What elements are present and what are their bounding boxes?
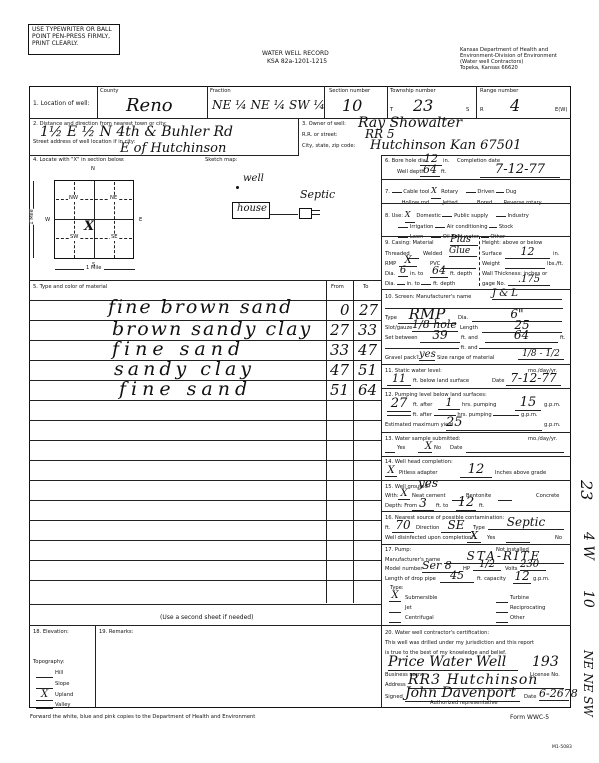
pump-label: 17. Pump: bbox=[385, 548, 411, 554]
margin-township: 23 bbox=[577, 480, 596, 500]
dug-label: Dug bbox=[506, 189, 517, 195]
sample-date-format: mo./day/yr. bbox=[528, 437, 557, 443]
centrifugal-label: Centrifugal bbox=[405, 616, 434, 622]
sample-no-check[interactable]: X bbox=[418, 441, 432, 453]
submersible-check[interactable]: X bbox=[389, 590, 401, 602]
weight-label: Weight bbox=[482, 262, 500, 268]
upland-label: Upland bbox=[55, 693, 73, 699]
west-label: W bbox=[45, 218, 50, 224]
from-row-5[interactable]: 51 bbox=[330, 381, 349, 399]
other-pump-label: Other bbox=[510, 616, 525, 622]
yield-label: Estimated maximum yield bbox=[385, 423, 453, 429]
topography-label: Topography: bbox=[33, 660, 65, 666]
pumping-gpm-label: g.p.m. bbox=[544, 403, 561, 409]
range-suffix: E(W) bbox=[555, 108, 567, 114]
disinfected-no-check[interactable] bbox=[506, 542, 530, 543]
stock-check[interactable] bbox=[489, 227, 497, 228]
submersible-label: Submersible bbox=[405, 596, 437, 602]
material-row-2[interactable]: brown sandy clay bbox=[112, 318, 312, 340]
cert-date-value[interactable]: 6-2678 bbox=[539, 687, 569, 701]
below-surface-label: ft. below land surface bbox=[413, 379, 469, 385]
elevation-label: 18. Elevation: bbox=[33, 630, 69, 636]
range-label: Range number bbox=[480, 89, 518, 95]
remarks-field[interactable] bbox=[97, 640, 379, 706]
welded-label: Welded bbox=[423, 252, 442, 258]
grout-ft: ft. bbox=[479, 504, 484, 510]
gravel-pack-value[interactable]: yes bbox=[419, 349, 435, 361]
hp-value[interactable]: 1/2 bbox=[473, 559, 501, 571]
range-prefix: R bbox=[480, 108, 484, 114]
margin-section: 10 bbox=[580, 590, 596, 608]
casing-dia-label: Dia. bbox=[385, 272, 395, 278]
distance-value[interactable]: 1½ E ½ N 4th & Buhler Rd bbox=[40, 124, 233, 140]
hill-check[interactable] bbox=[36, 677, 53, 678]
static-date-value[interactable]: 7-12-77 bbox=[506, 371, 561, 386]
sketch-well-label: well bbox=[243, 173, 264, 184]
city-label: City, state, zip code: bbox=[302, 144, 355, 150]
set-from-value[interactable]: 39 bbox=[420, 328, 460, 343]
to-row-1[interactable]: 27 bbox=[359, 301, 378, 319]
above-grade-label: Inches above grade bbox=[495, 471, 546, 477]
sample-date-field[interactable] bbox=[466, 452, 564, 453]
margin-note: 23 4 W 10 NE NE SW bbox=[572, 480, 596, 740]
to-row-4[interactable]: 51 bbox=[358, 361, 377, 379]
turbine-check[interactable] bbox=[496, 602, 508, 603]
township-label: Township number bbox=[390, 89, 436, 95]
rr-label: R.R. or street: bbox=[302, 133, 338, 139]
drop-pipe-label: Length of drop pipe bbox=[385, 577, 436, 583]
rmp-label: RMP bbox=[385, 262, 396, 268]
range-value[interactable]: 4 bbox=[510, 96, 520, 115]
instructions-box: USE TYPEWRITER OR BALL POINT PEN-PRESS F… bbox=[28, 24, 120, 55]
reciprocating-check[interactable] bbox=[496, 612, 508, 613]
slot-label: Slot/gauze bbox=[385, 326, 412, 332]
margin-range: 4 W bbox=[580, 532, 596, 560]
domestic-check[interactable]: X bbox=[405, 207, 415, 223]
casing-depth-value[interactable]: 64 bbox=[430, 264, 448, 278]
township-value[interactable]: 23 bbox=[413, 96, 433, 115]
sketch-map-label: Sketch map: bbox=[205, 158, 237, 164]
cable-tool-label: Cable tool bbox=[403, 189, 429, 195]
remarks-label: 19. Remarks: bbox=[99, 630, 133, 636]
drill-method-label: 7. bbox=[385, 189, 390, 195]
margin-fraction: NE NE SW bbox=[581, 650, 595, 717]
irrigation-label: Irrigation bbox=[410, 224, 434, 230]
certification-label: 20. Water well contractor's certificatio… bbox=[385, 631, 489, 637]
air-conditioning-check[interactable] bbox=[435, 227, 445, 228]
well-depth-unit: ft. bbox=[441, 170, 446, 176]
slope-label: Slope bbox=[55, 682, 69, 688]
neat-cement-check[interactable]: X bbox=[398, 488, 410, 500]
sample-date-label: Date bbox=[450, 446, 462, 452]
public-supply-check[interactable] bbox=[442, 216, 452, 217]
set-between-label: Set between bbox=[385, 336, 418, 342]
static-date-label: Date bbox=[492, 379, 504, 385]
lawn-check[interactable] bbox=[398, 237, 408, 238]
agency-block: Kansas Department of Health and Environm… bbox=[460, 48, 557, 72]
public-supply-label: Public supply bbox=[454, 213, 488, 219]
concrete-label: Concrete bbox=[536, 494, 559, 500]
other-pump-check[interactable] bbox=[496, 622, 508, 623]
contamination-ft-value[interactable]: 70 bbox=[392, 518, 414, 533]
stock-label: Stock bbox=[499, 224, 513, 230]
casing-dia2: Dia. in. to ft. depth bbox=[385, 282, 455, 288]
welded-value[interactable]: Glue bbox=[449, 246, 477, 257]
from-row-1[interactable]: 0 bbox=[340, 301, 350, 319]
direction-label: Direction bbox=[416, 526, 439, 532]
yield-value[interactable]: 25 bbox=[446, 415, 542, 431]
set-to-value[interactable]: 64 bbox=[485, 328, 558, 343]
instructions-line: PRINT CLEARLY. bbox=[32, 41, 116, 48]
cert-date-label: Date bbox=[524, 695, 536, 701]
driven-label: Driven bbox=[477, 189, 494, 195]
centrifugal-check[interactable] bbox=[389, 622, 401, 623]
gravel-pack-label: Gravel pack? bbox=[385, 356, 419, 362]
pumping-hrs-value[interactable]: 1 bbox=[438, 396, 460, 410]
form-title: WATER WELL RECORD bbox=[262, 51, 329, 58]
to-header: To bbox=[363, 285, 368, 291]
quadrant-ne: NE bbox=[109, 196, 118, 202]
casing-to-label: in. to bbox=[410, 272, 423, 278]
location-x-mark: X bbox=[84, 219, 94, 234]
signed-label: Signed bbox=[385, 695, 403, 701]
mile-label-vertical: 1 Mile bbox=[30, 209, 36, 225]
material-row-1[interactable]: fine brown sand bbox=[108, 296, 293, 318]
north-label: N bbox=[91, 167, 95, 173]
pumping-hrs-label: hrs. pumping bbox=[462, 403, 496, 409]
to-row-5[interactable]: 64 bbox=[358, 381, 377, 399]
screen-label: 10. Screen: Manufacturer's name bbox=[385, 295, 471, 301]
rotary-label: Rotary bbox=[441, 189, 458, 195]
contamination-type-value[interactable]: Septic bbox=[488, 515, 564, 530]
casing-material-value[interactable]: Plas bbox=[450, 234, 478, 246]
fraction-value[interactable]: NE ¼ NE ¼ SW ¼ bbox=[212, 98, 325, 112]
hill-label: Hill bbox=[55, 671, 63, 677]
gage-value[interactable]: .175 bbox=[508, 274, 550, 286]
weight-field[interactable] bbox=[505, 268, 545, 269]
section-label: Section number bbox=[329, 89, 370, 95]
quadrant-nw: NW bbox=[68, 196, 79, 202]
industry-label: Industry bbox=[508, 213, 529, 219]
well-dot-icon bbox=[236, 186, 239, 189]
section-value[interactable]: 10 bbox=[342, 96, 362, 115]
county-label: County bbox=[100, 89, 118, 95]
second-sheet-note: (Use a second sheet if needed) bbox=[160, 615, 253, 622]
grout-from-value[interactable]: 3 bbox=[412, 496, 434, 511]
disinfected-label: Well disinfected upon completion? bbox=[385, 536, 474, 542]
from-row-2[interactable]: 27 bbox=[330, 321, 349, 339]
model-label: Model number bbox=[385, 567, 422, 573]
form-number: Form WWC-5 bbox=[510, 715, 549, 722]
length-label: Length bbox=[460, 326, 478, 332]
mile-label-horizontal: 1 Mile bbox=[84, 266, 104, 272]
form-statute: KSA 82a-1201-1215 bbox=[267, 59, 327, 66]
pump-manufacturer-value[interactable]: STA-RITE bbox=[444, 549, 564, 564]
location-label: 1. Location of well: bbox=[33, 101, 90, 108]
township-suffix: S bbox=[466, 108, 469, 114]
size-range-label: Size range of material bbox=[437, 356, 494, 362]
capacity-label: ft. capacity bbox=[477, 577, 506, 583]
to-row-3[interactable]: 47 bbox=[358, 341, 377, 359]
cable-tool-check[interactable] bbox=[392, 192, 402, 193]
dug-check[interactable] bbox=[496, 192, 504, 193]
city-value[interactable]: Hutchinson Kan 67501 bbox=[370, 138, 521, 153]
turbine-label: Turbine bbox=[510, 596, 529, 602]
fraction-label: Fraction bbox=[210, 89, 231, 95]
grouted-value[interactable]: yes bbox=[418, 476, 438, 490]
jet-label: Jet bbox=[405, 606, 412, 612]
east-label: E bbox=[139, 218, 142, 224]
pumping-gpm-value[interactable]: 15 bbox=[515, 395, 541, 411]
surface-unit: in. bbox=[553, 252, 559, 258]
septic-label: Septic bbox=[300, 188, 335, 201]
grout-to-label: ft. to bbox=[436, 504, 448, 510]
concrete-check[interactable] bbox=[498, 500, 512, 501]
other-use-check[interactable] bbox=[481, 237, 489, 238]
size-range-value[interactable]: 1/8 - 1/2 bbox=[518, 349, 564, 360]
county-value[interactable]: Reno bbox=[126, 95, 173, 116]
screen-type-label: Type bbox=[385, 316, 397, 322]
authorized-rep-label: Authorized representative bbox=[430, 701, 498, 707]
from-row-3[interactable]: 33 bbox=[330, 341, 349, 359]
casing-label: 9. Casing: Material bbox=[385, 241, 434, 247]
casing-dia-value[interactable]: 6 bbox=[398, 265, 408, 277]
domestic-label: Domestic bbox=[416, 213, 440, 219]
completion-value[interactable]: 7-12-77 bbox=[480, 162, 560, 178]
set-ft-and: ft. and bbox=[461, 336, 478, 342]
rotary-check[interactable]: X bbox=[431, 183, 441, 199]
capacity-gpm: g.p.m. bbox=[533, 577, 550, 583]
license-value[interactable]: 193 bbox=[532, 654, 559, 670]
disinfected-no-label: No bbox=[555, 536, 562, 542]
wellhead-inches-value[interactable]: 12 bbox=[460, 462, 492, 478]
disinfected-yes-check[interactable]: X bbox=[467, 529, 481, 543]
screen-manufacturer-value[interactable]: J & L bbox=[492, 288, 562, 300]
disinfected-yes-label: Yes bbox=[487, 536, 495, 542]
oil-field-check[interactable] bbox=[431, 237, 441, 238]
house-label: house bbox=[237, 203, 267, 214]
sample-no-label: No bbox=[434, 446, 441, 452]
owner-label: 3. Owner of well: bbox=[302, 122, 346, 128]
from-row-4[interactable]: 47 bbox=[330, 361, 349, 379]
pumping-after-label: ft. after bbox=[413, 403, 432, 409]
section-map-label: 4. Locate with "X" in section below: bbox=[33, 158, 125, 164]
street-value[interactable]: E of Hutchinson bbox=[120, 141, 226, 156]
surface-label: Surface bbox=[482, 252, 502, 258]
agency-line: Topeka, Kansas 66620 bbox=[460, 66, 557, 72]
materials-header: 5. Type and color of material bbox=[33, 285, 107, 291]
pumping-ft-value[interactable]: 27 bbox=[387, 396, 411, 412]
static-level-value[interactable]: 11 bbox=[387, 372, 411, 386]
from-header: From bbox=[331, 285, 344, 291]
quadrant-sw: SW bbox=[69, 235, 79, 241]
quadrant-se: SE bbox=[110, 235, 119, 241]
well-depth-value[interactable]: 64 bbox=[420, 163, 440, 177]
sample-yes-check[interactable] bbox=[385, 452, 395, 453]
material-row-5[interactable]: fine sand bbox=[119, 378, 252, 400]
valley-check[interactable] bbox=[36, 708, 53, 709]
grout-to-value[interactable]: 12 bbox=[456, 495, 476, 511]
contamination-ft-label: ft. bbox=[385, 526, 390, 532]
certification-text-1: This well was drilled under my jurisdict… bbox=[385, 641, 534, 647]
address-label: Address bbox=[385, 683, 406, 689]
valley-label: Valley bbox=[55, 703, 70, 709]
to-row-2[interactable]: 33 bbox=[358, 321, 377, 339]
forward-instructions: Forward the white, blue and pink copies … bbox=[30, 715, 255, 721]
drop-pipe-value[interactable]: 45 bbox=[440, 569, 474, 583]
casing-ftdepth: ft. depth bbox=[450, 272, 472, 278]
drill-method: 7. Cable tool XRotary Driven Dug Hollow … bbox=[385, 183, 570, 209]
septic-box bbox=[299, 208, 312, 219]
yield-gpm-label: g.p.m. bbox=[544, 423, 561, 429]
surface-value[interactable]: 12 bbox=[505, 245, 550, 259]
air-conditioning-label: Air conditioning bbox=[447, 224, 488, 230]
driven-check[interactable] bbox=[466, 192, 476, 193]
jet-check[interactable] bbox=[389, 612, 401, 613]
material-row-4[interactable]: sandy clay bbox=[114, 358, 255, 380]
upland-check[interactable]: X bbox=[36, 689, 53, 701]
reciprocating-label: Reciprocating bbox=[510, 606, 545, 612]
sample-yes-label: Yes bbox=[397, 446, 405, 452]
irrigation-check[interactable] bbox=[398, 227, 408, 228]
business-name-value[interactable]: Price Water Well bbox=[388, 654, 518, 671]
use-label: 8. Use: bbox=[385, 213, 403, 219]
material-row-3[interactable]: fine sand bbox=[112, 338, 245, 360]
bore-dia-unit: in. bbox=[443, 159, 449, 165]
weight-unit: lbs./ft. bbox=[547, 262, 563, 268]
grouted-with-label: With: bbox=[385, 494, 399, 500]
industry-check[interactable] bbox=[496, 216, 506, 217]
pitless-check[interactable]: X bbox=[385, 465, 397, 477]
set-ft: ft. bbox=[560, 336, 565, 342]
capacity-value[interactable]: 12 bbox=[513, 569, 531, 584]
screen-dia-label: Dia. bbox=[458, 316, 468, 322]
township-prefix: T bbox=[390, 108, 393, 114]
form-code: M1-5083 bbox=[552, 745, 572, 750]
